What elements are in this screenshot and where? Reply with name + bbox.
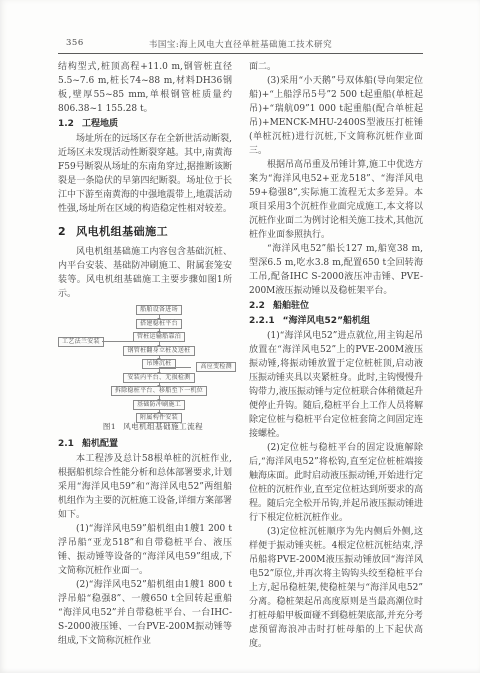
page-number: 356	[66, 38, 84, 48]
heading-title: 工程地质	[82, 119, 118, 129]
arrow-down-connector	[159, 369, 160, 373]
figure-1-flowchart: 船舶设备进场 搭建稳桩平台 管桩运输船靠泊 钢管桩翻身立桩及送桩 吊锤沉桩 安装…	[58, 305, 232, 434]
heading-title: 船机配置	[82, 439, 118, 449]
heading-number: 2	[58, 225, 66, 238]
flowchart-side-box-flange: 工艺法兰安装	[58, 337, 104, 347]
figure-caption: 图1风电机组基础施工流程	[66, 420, 240, 434]
paragraph-continuation: 面二。	[249, 60, 423, 74]
arrow-down-connector	[159, 356, 160, 360]
flowchart-side-box-strain-test: 高应变检测	[196, 362, 236, 372]
flowchart-step: 船舶设备进场	[136, 305, 182, 315]
connector-line	[102, 341, 159, 342]
running-title: 韦国宝:海上风电大直径单桩基础施工技术研究	[58, 38, 423, 50]
two-column-body: 结构型式,桩顶高程+11.0 m,钢管桩直径5.5~7.6 m,桩长74~88 …	[58, 60, 423, 651]
arrow-down-connector	[159, 315, 160, 319]
paragraph-positioning-2: (2)定位桩与稳桩平台的固定设施解除后,“海洋风电52”将松钩,直至定位桩桩端接…	[249, 441, 423, 525]
heading-2-2: 2.2船舶驻位	[249, 299, 423, 313]
arrow-down-connector	[159, 329, 160, 333]
paragraph-fleet-intro: 本工程涉及总计58根单桩的沉桩作业,根据船机综合性能分析和总体部署要求,计划采用…	[58, 452, 232, 522]
arrow-down-connector	[159, 396, 160, 400]
paragraph-fleet-1: (1)“海洋风电59”船机组由1艘1 200 t浮吊船“亚龙518”和自带稳桩平…	[58, 522, 232, 578]
left-column: 结构型式,桩顶高程+11.0 m,钢管桩直径5.5~7.6 m,桩长74~88 …	[58, 60, 232, 651]
header-rule	[58, 53, 423, 54]
paragraph-positioning-1: (1)“海洋风电52”进点就位,用主钩起吊放置在“海洋风电52”上的PVE-20…	[249, 329, 423, 441]
paragraph-vessel-specs: “海洋风电52”船长127 m,船宽38 m,型深6.5 m,吃水3.8 m,配…	[249, 242, 423, 298]
figure-title: 风电机组基础施工流程	[123, 422, 203, 431]
flowchart-step: 安装内平台、无损检测	[123, 373, 194, 383]
arrow-down-connector	[159, 410, 160, 414]
heading-2-2-1: 2.2.1“海洋风电52”船机组	[249, 314, 423, 328]
flowchart-step: 吊锤沉桩	[142, 359, 175, 369]
right-column: 面二。 (3)采用“小天鹅”号双体船(导向架定位船)+“上船浮吊5号”2 500…	[249, 60, 423, 651]
flowchart-diagram: 船舶设备进场 搭建稳桩平台 管桩运输船靠泊 钢管桩翻身立桩及送桩 吊锤沉桩 安装…	[58, 305, 232, 417]
paragraph-geology: 场址所在的远场区存在全新世活动断裂,近场区未发现活动性断裂穿越。其中,南黄海F5…	[58, 132, 232, 216]
heading-number: 2.1	[58, 439, 74, 449]
paper-page: 356 韦国宝:海上风电大直径单桩基础施工技术研究 结构型式,桩顶高程+11.0…	[0, 0, 480, 673]
flowchart-step: 拆除稳桩平台、移船至下一机位	[111, 386, 207, 396]
heading-1-2: 1.2工程地质	[58, 117, 232, 131]
flowchart-step: 搭建稳桩平台	[136, 319, 182, 329]
paragraph-fleet-3: (3)采用“小天鹅”号双体船(导向架定位船)+“上船浮吊5号”2 500 t起重…	[249, 74, 423, 158]
heading-2-1: 2.1船机配置	[58, 437, 232, 451]
flowchart-step: 基础防冲刷施工	[133, 400, 185, 410]
heading-section-2: 2风电机组基础施工	[58, 224, 232, 239]
heading-number: 2.2	[249, 301, 265, 311]
paragraph-structure: 结构型式,桩顶高程+11.0 m,钢管桩直径5.5~7.6 m,桩长74~88 …	[58, 60, 232, 116]
paragraph-fleet-2: (2)“海洋风电52”船机组由1艘1 800 t浮吊船“稳强8”、一艘650 t…	[58, 578, 232, 648]
connector-line	[159, 367, 191, 368]
heading-number: 2.2.1	[249, 316, 275, 326]
arrow-down-connector	[159, 342, 160, 346]
paragraph-positioning-3: (3)定位桩沉桩顺序为先内侧后外侧,这样便于振动锤夹桩。4根定位桩沉桩结束,浮吊…	[249, 525, 423, 651]
heading-title: 风电机组基础施工	[76, 225, 168, 238]
arrow-down-connector	[159, 383, 160, 387]
flowchart-step: 钢管桩翻身立桩及送桩	[123, 346, 194, 356]
paragraph-scheme: 根据吊高吊重及吊锤计算,施工中优选方案为“海洋风电52+亚龙518”、“海洋风电…	[249, 158, 423, 242]
heading-title: “海洋风电52”船机组	[283, 316, 370, 326]
heading-number: 1.2	[58, 119, 74, 129]
paragraph-overview: 风电机组基础施工内容包含基础沉桩、内平台安装、基础防冲刷施工、附属套笼安装等。风…	[58, 245, 232, 301]
figure-number: 图1	[103, 422, 116, 431]
heading-title: 船舶驻位	[273, 301, 309, 311]
page-header: 356 韦国宝:海上风电大直径单桩基础施工技术研究	[58, 38, 423, 50]
